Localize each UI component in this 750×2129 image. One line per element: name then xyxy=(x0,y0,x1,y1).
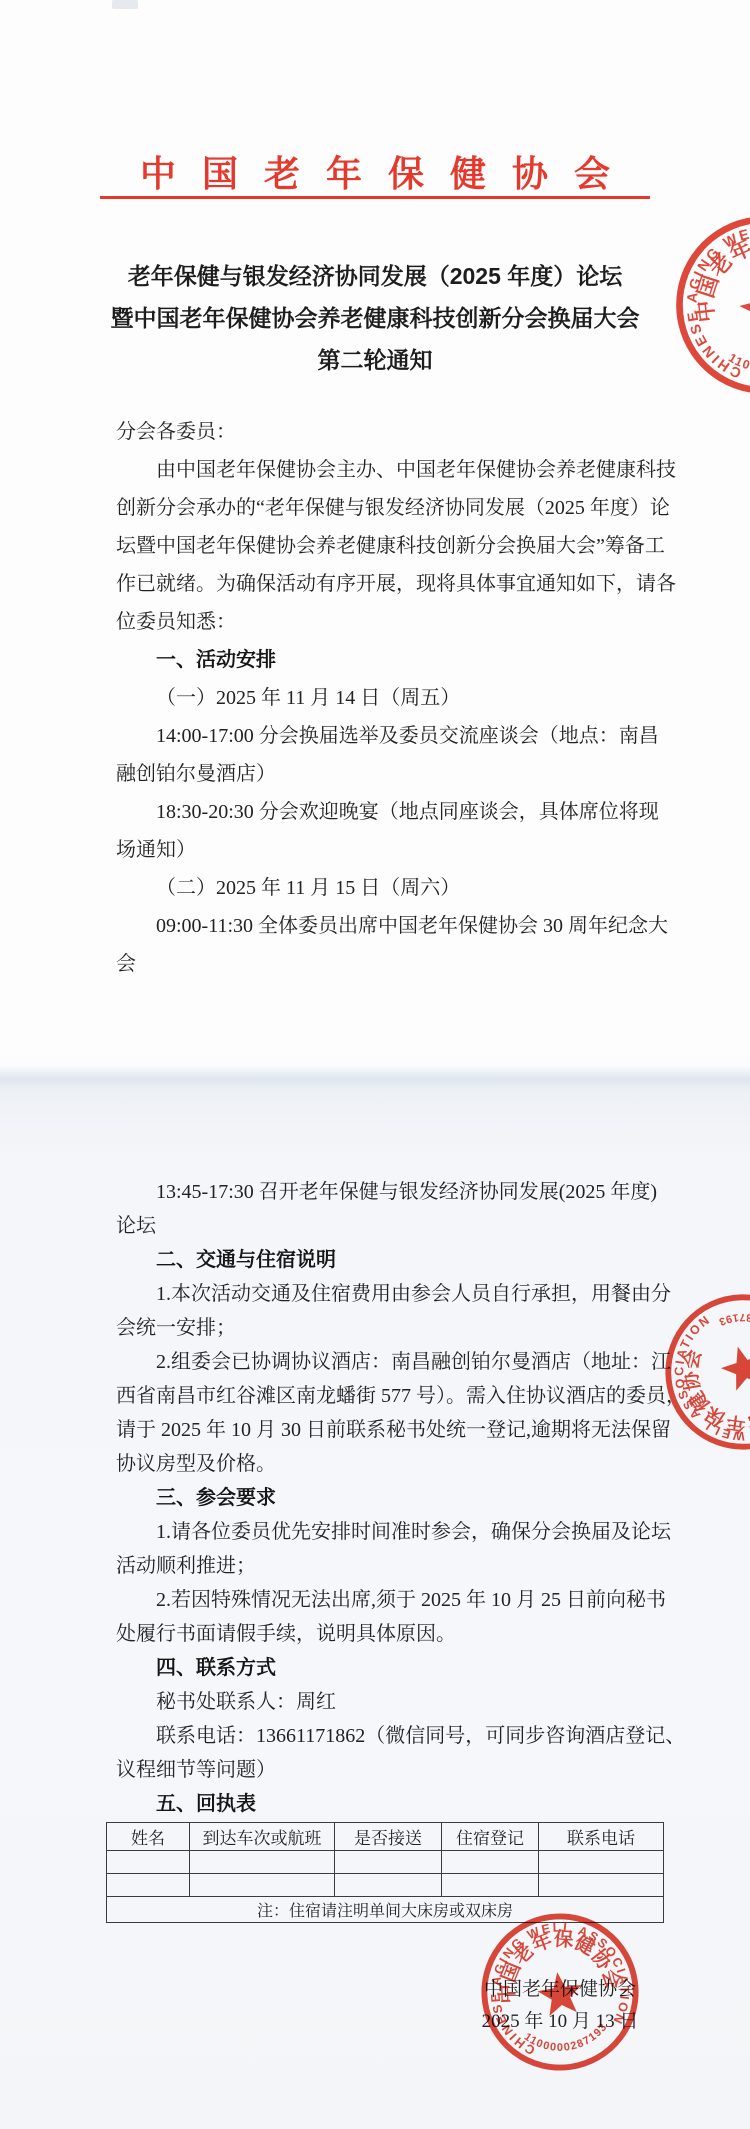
table-header-pickup: 是否接送 xyxy=(335,1823,442,1851)
paragraph-line: 由中国老年保健协会主办、中国老年保健协会养老健康科技 xyxy=(156,458,676,482)
paragraph-line: 坛暨中国老年保健协会养老健康科技创新分会换届大会”筹备工 xyxy=(116,534,665,558)
contact-phone-line: 议程细节等问题） xyxy=(116,1758,276,1782)
section-heading-5: 五、回执表 xyxy=(156,1792,256,1816)
schedule-line: 论坛 xyxy=(116,1214,156,1238)
schedule-line: 会 xyxy=(116,952,136,976)
section-heading-3: 三、参会要求 xyxy=(156,1486,276,1510)
paragraph-line: 1.本次活动交通及住宿费用由参会人员自行承担，用餐由分 xyxy=(156,1282,671,1306)
paragraph-line: 2.若因特殊情况无法出席,须于 2025 年 10 月 25 日前向秘书 xyxy=(156,1588,666,1612)
table-empty-cell xyxy=(107,1851,190,1874)
table-header-lodging: 住宿登记 xyxy=(442,1823,539,1851)
schedule-line: 融创铂尔曼酒店） xyxy=(116,762,276,786)
paragraph-line: 活动顺利推进； xyxy=(116,1554,256,1578)
section-heading-2: 二、交通与住宿说明 xyxy=(156,1248,336,1272)
table-empty-cell xyxy=(190,1874,335,1897)
paragraph-line: 会统一安排； xyxy=(116,1316,236,1340)
table-empty-cell xyxy=(335,1851,442,1874)
schedule-line: 13:45-17:30 召开老年保健与银发经济协同发展(2025 年度) xyxy=(156,1180,657,1204)
doc-title-line-2: 暨中国老年保健协会养老健康科技创新分会换届大会 xyxy=(0,300,750,333)
seal-star-icon xyxy=(535,1969,585,2017)
paragraph-line: 请于 2025 年 10 月 30 日前联系秘书处统一登记,逾期将无法保留 xyxy=(116,1418,671,1442)
table-empty-cell xyxy=(190,1851,335,1874)
table-header-row: 姓名 到达车次或航班 是否接送 住宿登记 联系电话 xyxy=(107,1823,664,1851)
schedule-date-line: （一）2025 年 11 月 14 日（周五） xyxy=(156,686,460,710)
letterhead-divider xyxy=(100,196,650,199)
salutation: 分会各委员： xyxy=(116,420,236,444)
seal-star-icon xyxy=(716,1344,750,1398)
section-heading-4: 四、联系方式 xyxy=(156,1656,276,1680)
official-seal-page1: CHINESE AGING WELL ASSOCIATION 110000028… xyxy=(652,192,750,417)
schedule-line: 18:30-20:30 分会欢迎晚宴（地点同座谈会，具体席位将现 xyxy=(156,800,659,824)
paragraph-line: 创新分会承办的“老年保健与银发经济协同发展（2025 年度）论 xyxy=(116,496,670,520)
svg-text:1100000287193: 1100000287193 xyxy=(713,1299,750,1355)
contact-phone-line: 联系电话：13661171862（微信同号，可同步咨询酒店登记、 xyxy=(156,1724,685,1748)
page-break-shadow xyxy=(0,1052,750,1096)
table-row xyxy=(107,1874,664,1897)
table-row xyxy=(107,1851,664,1874)
table-header-arrival: 到达车次或航班 xyxy=(190,1823,335,1851)
scanned-notice-document: { "colors": {"header_red": "#e4392c", "s… xyxy=(0,0,750,2129)
table-empty-cell xyxy=(442,1874,539,1897)
paragraph-line: 西省南昌市红谷滩区南龙蟠街 577 号）。需入住协议酒店的委员， xyxy=(116,1384,686,1408)
section-heading-1: 一、活动安排 xyxy=(156,648,276,672)
schedule-line: 09:00-11:30 全体委员出席中国老年保健协会 30 周年纪念大 xyxy=(156,914,668,938)
doc-title-line-1: 老年保健与银发经济协同发展（2025 年度）论坛 xyxy=(0,258,750,291)
seal-serial-number: 1100000287193 xyxy=(713,1299,750,1355)
table-header-name: 姓名 xyxy=(107,1823,190,1851)
table-header-phone: 联系电话 xyxy=(539,1823,664,1851)
paragraph-line: 处履行书面请假手续，说明具体原因。 xyxy=(116,1622,456,1646)
letterhead-org-name: 中国老年保健协会 xyxy=(0,146,750,197)
paragraph-line: 协议房型及价格。 xyxy=(116,1452,276,1476)
seal-star-icon xyxy=(736,278,750,335)
paragraph-line: 2.组委会已协调协议酒店：南昌融创铂尔曼酒店（地址：江 xyxy=(156,1350,671,1374)
table-empty-cell xyxy=(335,1874,442,1897)
schedule-line: 场通知） xyxy=(116,838,196,862)
paragraph-line: 1.请各位委员优先安排时间准时参会，确保分会换届及论坛 xyxy=(156,1520,671,1544)
schedule-date-line: （二）2025 年 11 月 15 日（周六） xyxy=(156,876,460,900)
doc-title-line-3: 第二轮通知 xyxy=(0,342,750,375)
table-empty-cell xyxy=(107,1874,190,1897)
table-empty-cell xyxy=(442,1851,539,1874)
scan-artifact xyxy=(112,0,138,9)
paragraph-line: 作已就绪。为确保活动有序开展，现将具体事宜通知如下，请各 xyxy=(116,572,676,596)
contact-person-line: 秘书处联系人：周红 xyxy=(156,1690,336,1714)
official-seal-signature: CHINESE AGING WELL ASSOCIATION 110000028… xyxy=(465,1897,655,2087)
paragraph-line: 位委员知悉： xyxy=(116,610,236,634)
table-empty-cell xyxy=(539,1874,664,1897)
schedule-line: 14:00-17:00 分会换届选举及委员交流座谈会（地点：南昌 xyxy=(156,724,659,748)
table-empty-cell xyxy=(539,1851,664,1874)
